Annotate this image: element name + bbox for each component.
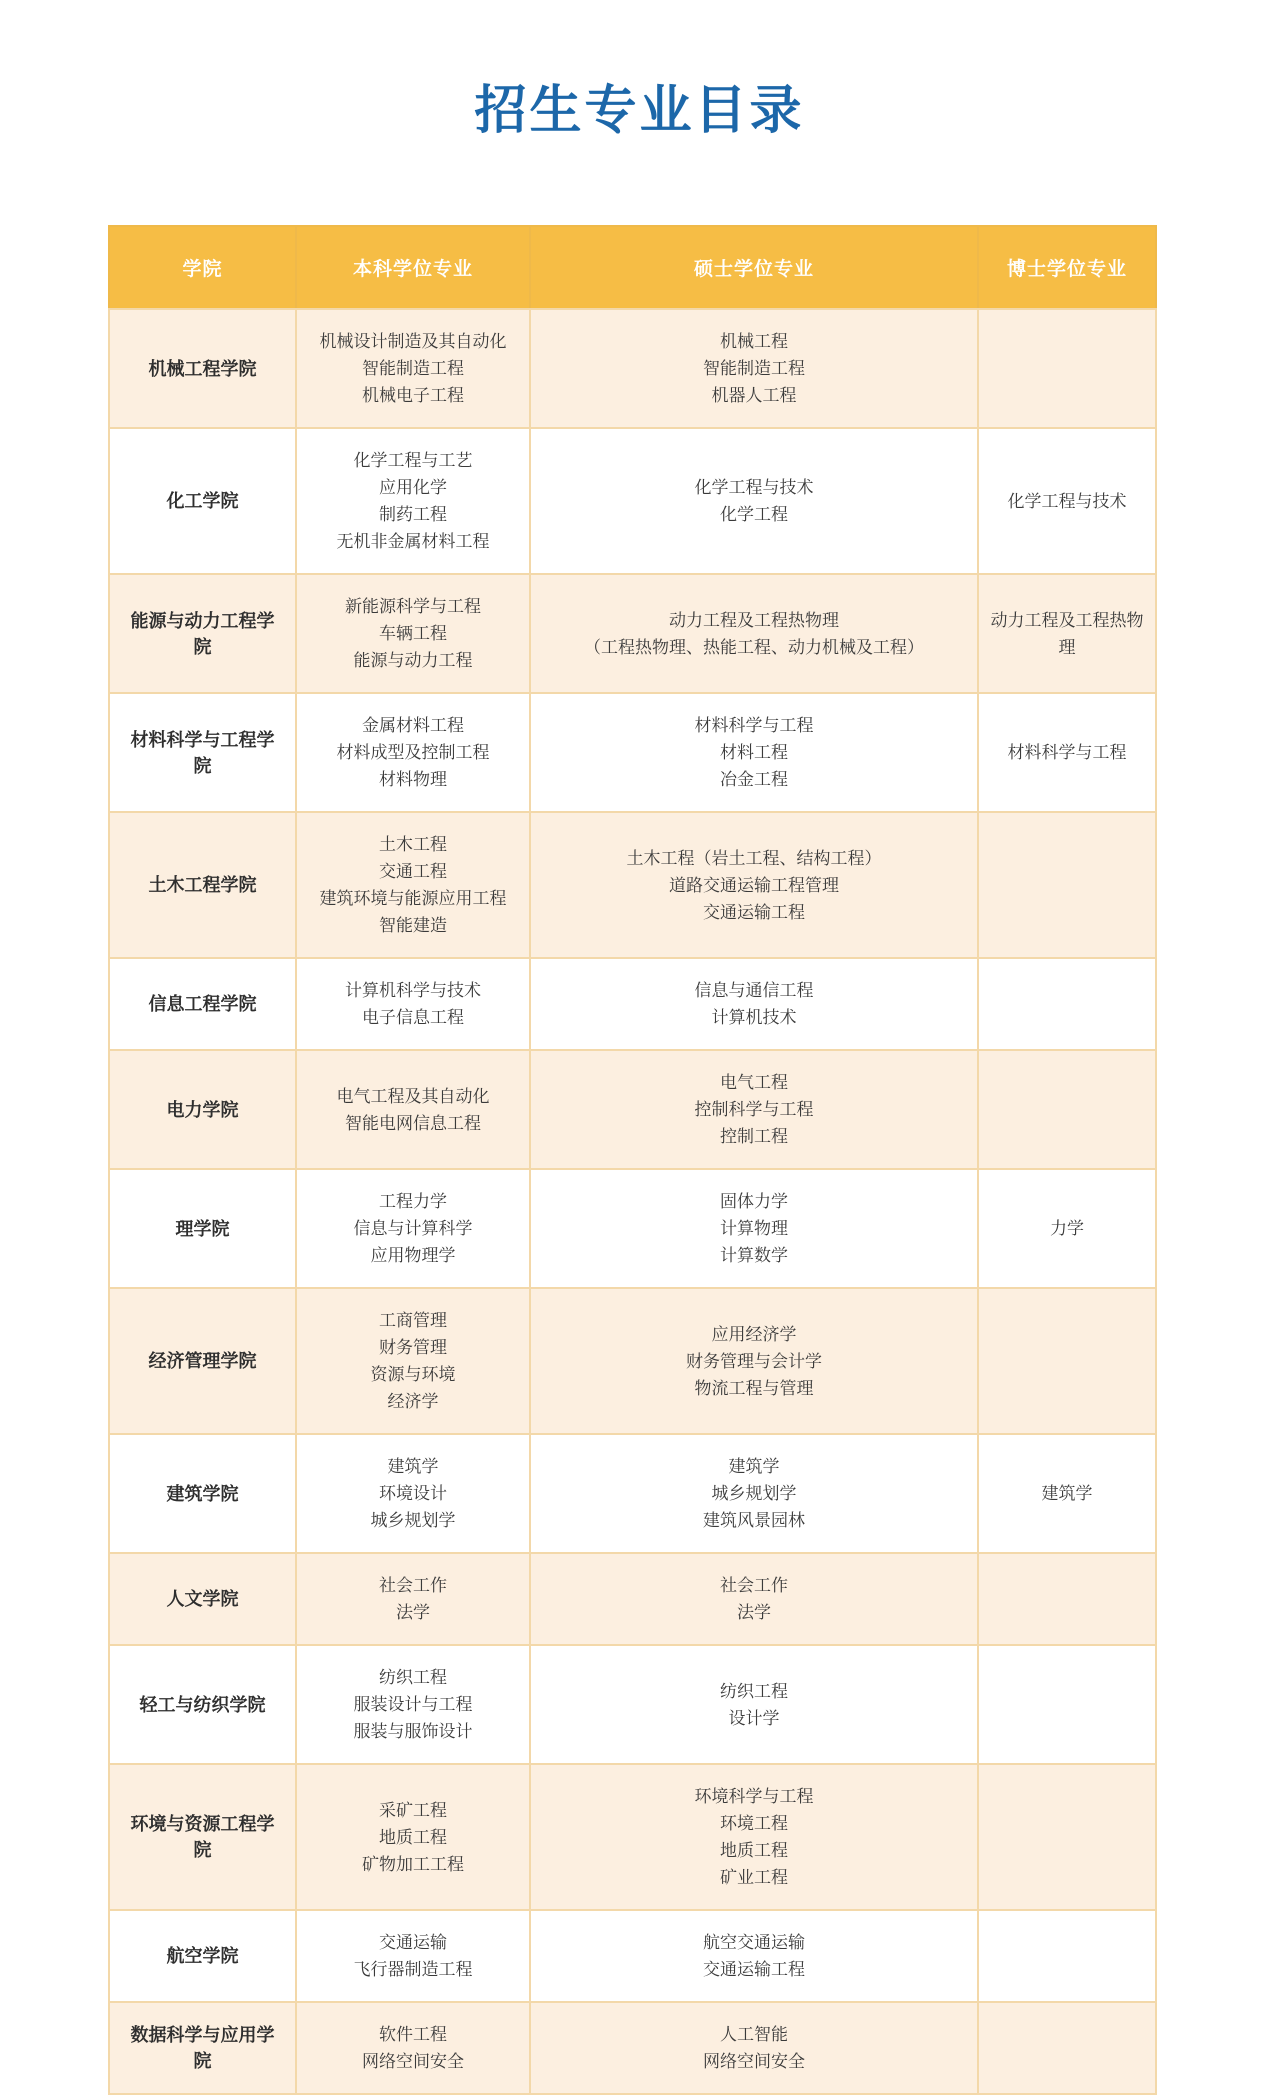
bachelor-majors-cell: 土木工程 交通工程 建筑环境与能源应用工程 智能建造 [296,812,530,958]
college-cell: 轻工与纺织学院 [109,1645,296,1764]
bachelor-majors-cell: 化学工程与工艺 应用化学 制药工程 无机非金属材料工程 [296,428,530,574]
header-master-majors: 硕士学位专业 [530,226,978,309]
doctor-majors-cell [978,309,1156,428]
doctor-majors-cell: 材料科学与工程 [978,693,1156,812]
bachelor-majors-cell: 交通运输 飞行器制造工程 [296,1910,530,2002]
master-majors-cell: 材料科学与工程 材料工程 冶金工程 [530,693,978,812]
catalog-table: 学院 本科学位专业 硕士学位专业 博士学位专业 机械工程学院 机械设计制造及其自… [108,225,1157,2095]
table-row: 电力学院 电气工程及其自动化 智能电网信息工程 电气工程 控制科学与工程 控制工… [109,1050,1156,1169]
master-majors-cell: 航空交通运输 交通运输工程 [530,1910,978,2002]
doctor-majors-cell [978,812,1156,958]
table-row: 土木工程学院 土木工程 交通工程 建筑环境与能源应用工程 智能建造 土木工程（岩… [109,812,1156,958]
doctor-majors-cell [978,958,1156,1050]
college-cell: 航空学院 [109,1910,296,2002]
master-majors-cell: 应用经济学 财务管理与会计学 物流工程与管理 [530,1288,978,1434]
bachelor-majors-cell: 纺织工程 服装设计与工程 服装与服饰设计 [296,1645,530,1764]
doctor-majors-cell [978,2002,1156,2094]
master-majors-cell: 社会工作 法学 [530,1553,978,1645]
college-cell: 经济管理学院 [109,1288,296,1434]
bachelor-majors-cell: 机械设计制造及其自动化 智能制造工程 机械电子工程 [296,309,530,428]
college-cell: 能源与动力工程学院 [109,574,296,693]
header-doctor-majors: 博士学位专业 [978,226,1156,309]
table-row: 经济管理学院 工商管理 财务管理 资源与环境 经济学 应用经济学 财务管理与会计… [109,1288,1156,1434]
bachelor-majors-cell: 电气工程及其自动化 智能电网信息工程 [296,1050,530,1169]
bachelor-majors-cell: 金属材料工程 材料成型及控制工程 材料物理 [296,693,530,812]
doctor-majors-cell [978,1764,1156,1910]
header-row: 学院 本科学位专业 硕士学位专业 博士学位专业 [109,226,1156,309]
doctor-majors-cell [978,1553,1156,1645]
college-cell: 环境与资源工程学院 [109,1764,296,1910]
master-majors-cell: 人工智能 网络空间安全 [530,2002,978,2094]
college-cell: 化工学院 [109,428,296,574]
header-college: 学院 [109,226,296,309]
catalog-table-body: 机械工程学院 机械设计制造及其自动化 智能制造工程 机械电子工程 机械工程 智能… [109,309,1156,2094]
master-majors-cell: 建筑学 城乡规划学 建筑风景园林 [530,1434,978,1553]
table-row: 建筑学院 建筑学 环境设计 城乡规划学 建筑学 城乡规划学 建筑风景园林 建筑学 [109,1434,1156,1553]
table-row: 环境与资源工程学院 采矿工程 地质工程 矿物加工工程 环境科学与工程 环境工程 … [109,1764,1156,1910]
master-majors-cell: 纺织工程 设计学 [530,1645,978,1764]
master-majors-cell: 化学工程与技术 化学工程 [530,428,978,574]
doctor-majors-cell [978,1645,1156,1764]
college-cell: 材料科学与工程学院 [109,693,296,812]
admissions-catalog-table: 学院 本科学位专业 硕士学位专业 博士学位专业 机械工程学院 机械设计制造及其自… [108,225,1155,2095]
doctor-majors-cell: 力学 [978,1169,1156,1288]
doctor-majors-cell: 化学工程与技术 [978,428,1156,574]
college-cell: 人文学院 [109,1553,296,1645]
table-row: 机械工程学院 机械设计制造及其自动化 智能制造工程 机械电子工程 机械工程 智能… [109,309,1156,428]
header-bachelor-majors: 本科学位专业 [296,226,530,309]
college-cell: 理学院 [109,1169,296,1288]
doctor-majors-cell: 建筑学 [978,1434,1156,1553]
bachelor-majors-cell: 工程力学 信息与计算科学 应用物理学 [296,1169,530,1288]
bachelor-majors-cell: 软件工程 网络空间安全 [296,2002,530,2094]
table-row: 航空学院 交通运输 飞行器制造工程 航空交通运输 交通运输工程 [109,1910,1156,2002]
table-row: 信息工程学院 计算机科学与技术 电子信息工程 信息与通信工程 计算机技术 [109,958,1156,1050]
table-row: 数据科学与应用学院 软件工程 网络空间安全 人工智能 网络空间安全 [109,2002,1156,2094]
table-row: 理学院 工程力学 信息与计算科学 应用物理学 固体力学 计算物理 计算数学 力学 [109,1169,1156,1288]
college-cell: 数据科学与应用学院 [109,2002,296,2094]
college-cell: 建筑学院 [109,1434,296,1553]
bachelor-majors-cell: 新能源科学与工程 车辆工程 能源与动力工程 [296,574,530,693]
college-cell: 土木工程学院 [109,812,296,958]
master-majors-cell: 信息与通信工程 计算机技术 [530,958,978,1050]
master-majors-cell: 电气工程 控制科学与工程 控制工程 [530,1050,978,1169]
college-cell: 信息工程学院 [109,958,296,1050]
doctor-majors-cell [978,1288,1156,1434]
master-majors-cell: 机械工程 智能制造工程 机器人工程 [530,309,978,428]
table-row: 人文学院 社会工作 法学 社会工作 法学 [109,1553,1156,1645]
table-row: 轻工与纺织学院 纺织工程 服装设计与工程 服装与服饰设计 纺织工程 设计学 [109,1645,1156,1764]
master-majors-cell: 动力工程及工程热物理 （工程热物理、热能工程、动力机械及工程） [530,574,978,693]
college-cell: 机械工程学院 [109,309,296,428]
catalog-table-header: 学院 本科学位专业 硕士学位专业 博士学位专业 [109,226,1156,309]
table-row: 能源与动力工程学院 新能源科学与工程 车辆工程 能源与动力工程 动力工程及工程热… [109,574,1156,693]
table-row: 材料科学与工程学院 金属材料工程 材料成型及控制工程 材料物理 材料科学与工程 … [109,693,1156,812]
doctor-majors-cell [978,1050,1156,1169]
master-majors-cell: 土木工程（岩土工程、结构工程） 道路交通运输工程管理 交通运输工程 [530,812,978,958]
table-row: 化工学院 化学工程与工艺 应用化学 制药工程 无机非金属材料工程 化学工程与技术… [109,428,1156,574]
bachelor-majors-cell: 采矿工程 地质工程 矿物加工工程 [296,1764,530,1910]
master-majors-cell: 固体力学 计算物理 计算数学 [530,1169,978,1288]
bachelor-majors-cell: 工商管理 财务管理 资源与环境 经济学 [296,1288,530,1434]
master-majors-cell: 环境科学与工程 环境工程 地质工程 矿业工程 [530,1764,978,1910]
bachelor-majors-cell: 计算机科学与技术 电子信息工程 [296,958,530,1050]
bachelor-majors-cell: 社会工作 法学 [296,1553,530,1645]
doctor-majors-cell [978,1910,1156,2002]
college-cell: 电力学院 [109,1050,296,1169]
bachelor-majors-cell: 建筑学 环境设计 城乡规划学 [296,1434,530,1553]
doctor-majors-cell: 动力工程及工程热物理 [978,574,1156,693]
page-title: 招生专业目录 [0,68,1279,143]
